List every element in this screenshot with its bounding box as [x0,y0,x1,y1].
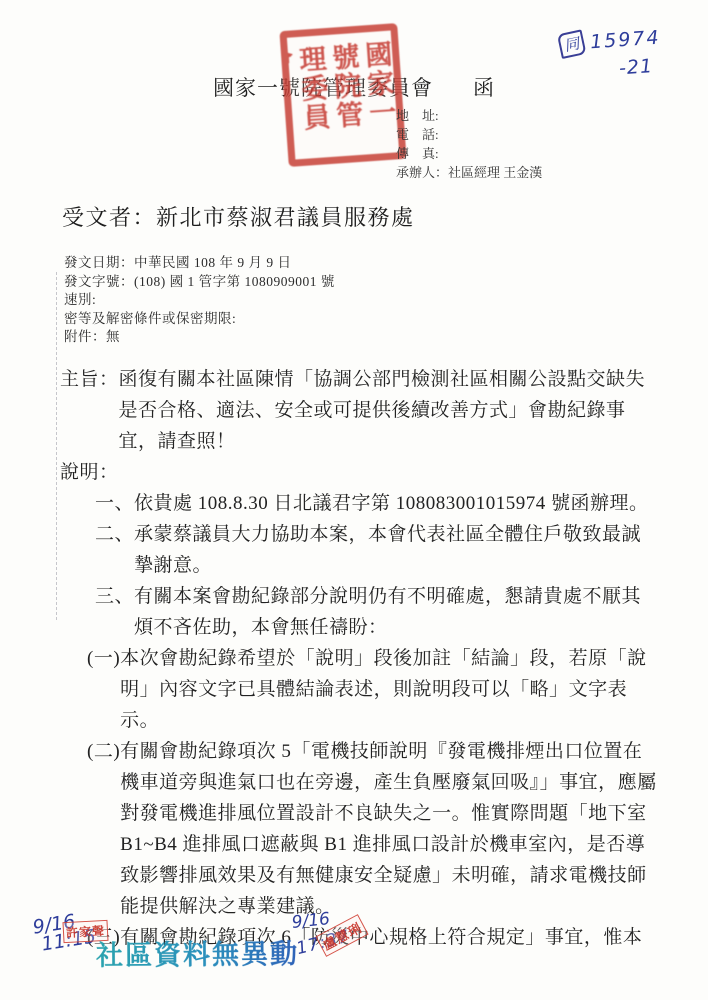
subject-text: 函復有關本社區陳情「協調公部門檢測社區相關公設點交缺失是否合格、適法、安全或可提… [119,364,658,457]
fax-line: 傳 真: [396,144,542,163]
subject-section: 主旨： 函復有關本社區陳情「協調公部門檢測社區相關公設點交缺失是否合格、適法、安… [60,364,658,457]
attachment: 附件：無 [64,328,335,347]
explanation-label: 說明： [60,457,658,488]
item-marker: 三、 [95,581,134,643]
left-fold-dotted-line [56,272,57,620]
list-item: 二、 承蒙蔡議員大力協助本案，本會代表社區全體住戶敬致最誠摯謝意。 [60,519,658,581]
doc-type: 函 [473,72,495,102]
item-marker: 二、 [95,519,134,581]
security-class: 密等及解密條件或保密期限: [64,310,335,329]
list-item: (二) 有關會勘紀錄項次 5「電機技師說明『發電機排煙出口位置在機車道旁與進氣口… [60,736,658,922]
recipient-line: 受文者：新北市蔡淑君議員服務處 [62,201,415,232]
list-item: 一、 依貴處 108.8.30 日北議君字第 108083001015974 號… [60,488,658,519]
item-text: 有關會勘紀錄項次 5「電機技師說明『發電機排煙出口位置在機車道旁與進氣口也在旁邊… [120,736,658,922]
explanation-items: 一、 依貴處 108.8.30 日北議君字第 108083001015974 號… [60,488,658,953]
item-text: 依貴處 108.8.30 日北議君字第 108083001015974 號函辦理… [134,488,658,519]
item-marker: (二) [87,736,120,922]
list-item: 三、 有關本案會勘紀錄部分說明仍有不明確處，懇請貴處不厭其煩不吝佐助，本會無任禱… [60,581,658,643]
community-data-stamp: 社區資料無異動 [96,932,299,973]
item-text: 承蒙蔡議員大力協助本案，本會代表社區全體住戶敬致最誠摯謝意。 [134,519,658,581]
letter-body: 主旨： 函復有關本社區陳情「協調公部門檢測社區相關公設點交缺失是否合格、適法、安… [60,364,658,953]
subject-label: 主旨： [60,364,119,457]
item-marker: (一) [87,643,120,736]
item-text: 本次會勘紀錄希望於「說明」段後加註「結論」段，若原「說明」內容文字已具體結論表述… [120,643,658,736]
contact-block: 地 址: 電 話: 傳 真: 承辦人：社區經理 王金漢 [396,106,542,182]
recipient-label: 受文者： [62,205,156,230]
doc-number: 發文字號：(108) 國 1 管字第 1080909001 號 [64,273,335,292]
item-marker: 一、 [95,488,134,519]
item-text: 有關本案會勘紀錄部分說明仍有不明確處，懇請貴處不厭其煩不吝佐助，本會無任禱盼： [134,581,658,643]
phone-line: 電 話: [396,125,542,144]
speed-class: 速別: [64,291,335,310]
official-red-seal: 國家一號院管理委員會 [279,23,406,167]
circled-char: 同 [557,29,587,59]
note-suffix: -21 [618,52,691,79]
scanned-official-letter: 國家一號院管理委員會 函 國家一號院管理委員會 同 15974 -21 地 址:… [0,0,708,1000]
recipient-value: 新北市蔡淑君議員服務處 [156,205,415,230]
handwritten-note-top-right: 同 15974 -21 [558,24,691,84]
note-number: 15974 [589,27,661,54]
address-line: 地 址: [396,106,542,125]
issue-date: 發文日期：中華民國 108 年 9 月 9 日 [64,254,335,273]
seal-text: 國家一號院管理委員會 [287,39,398,150]
meta-block: 發文日期：中華民國 108 年 9 月 9 日 發文字號：(108) 國 1 管… [64,254,335,347]
list-item: (一) 本次會勘紀錄希望於「說明」段後加註「結論」段，若原「說明」內容文字已具體… [60,643,658,736]
handler-line: 承辦人：社區經理 王金漢 [396,163,542,182]
